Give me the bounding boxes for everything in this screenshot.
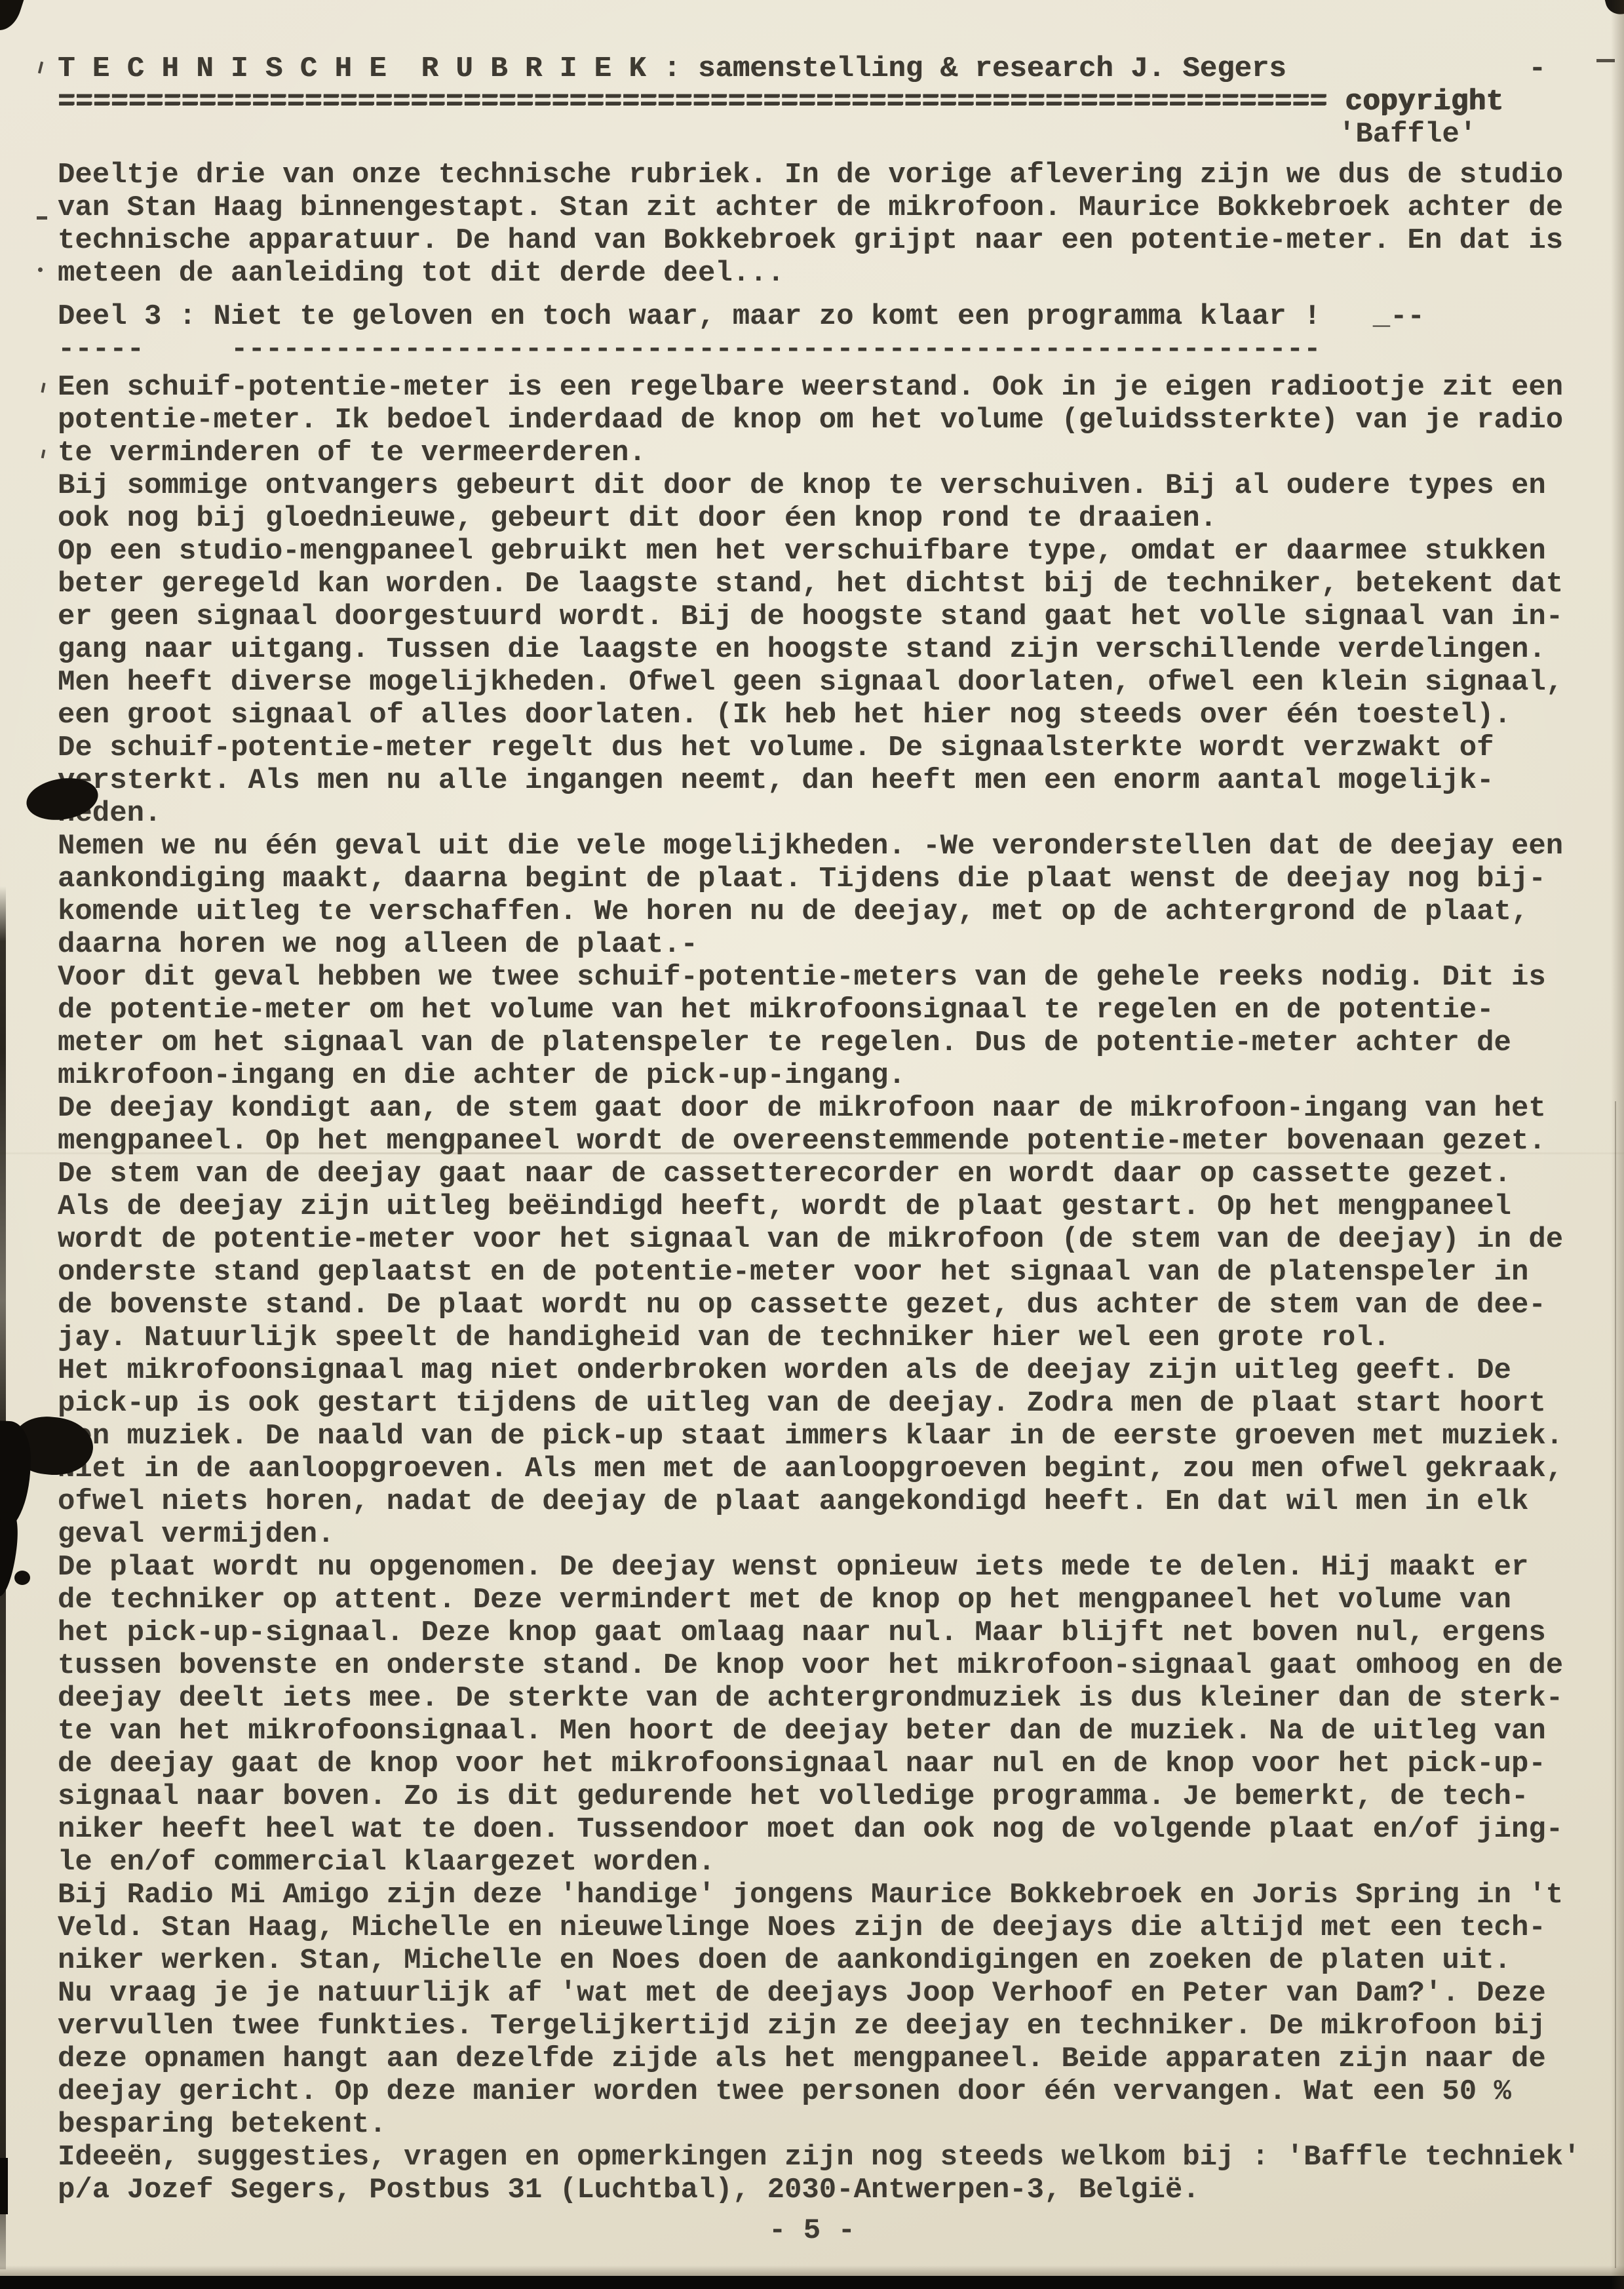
section-heading-underline: ----- ----------------------------------… — [58, 333, 1425, 366]
intro-paragraph: Deeltje drie van onze technische rubriek… — [58, 159, 1563, 290]
scan-edge-blob — [0, 1420, 32, 1533]
text-line: niker heeft heel wat te doen. Tussendoor… — [58, 1813, 1581, 1846]
text-line: de bovenste stand. De plaat wordt nu op … — [58, 1289, 1581, 1321]
section-heading: Deel 3 : Niet te geloven en toch waar, m… — [58, 300, 1425, 366]
text-line: heden. — [58, 797, 1581, 830]
text-line: mengpaneel. Op het mengpaneel wordt de o… — [58, 1125, 1581, 1158]
text-line: vervullen twee funkties. Tergelijkertijd… — [58, 2010, 1581, 2043]
text-line: de deejay gaat de knop voor het mikrofoo… — [58, 1748, 1581, 1780]
text-line: le en/of commercial klaargezet worden. — [58, 1846, 1581, 1879]
text-line: beter geregeld kan worden. De laagste st… — [58, 568, 1581, 600]
text-line: pick-up is ook gestart tijdens de uitleg… — [58, 1387, 1581, 1420]
column-title: T E C H N I S C H E R U B R I E K : same… — [58, 52, 1546, 85]
text-line: ofwel niets horen, nadat de deejay de pl… — [58, 1485, 1581, 1518]
text-line: mikrofoon-ingang en die achter de pick-u… — [58, 1059, 1581, 1092]
text-line: Een schuif-potentie-meter is een regelba… — [58, 371, 1581, 404]
text-line: deze opnamen hangt aan dezelfde zijde al… — [58, 2043, 1581, 2075]
text-line: De stem van de deejay gaat naar de casse… — [58, 1158, 1581, 1190]
text-line: deejay deelt iets mee. De sterkte van de… — [58, 1682, 1581, 1715]
text-line: De schuif-potentie-meter regelt dus het … — [58, 732, 1581, 764]
text-line: Bij sommige ontvangers gebeurt dit door … — [58, 469, 1581, 502]
text-line: De deejay kondigt aan, de stem gaat door… — [58, 1092, 1581, 1125]
text-line: onderste stand geplaatst en de potentie-… — [58, 1256, 1581, 1289]
text-line: daarna horen we nog alleen de plaat.- — [58, 928, 1581, 961]
article-body: Een schuif-potentie-meter is een regelba… — [58, 371, 1581, 2206]
scan-bottom-shadow — [0, 2265, 1624, 2276]
text-line: wordt de potentie-meter voor het signaal… — [58, 1223, 1581, 1256]
text-line: Veld. Stan Haag, Michelle en nieuwelinge… — [58, 1911, 1581, 1944]
text-line: te verminderen of te vermeerderen. — [58, 437, 1581, 469]
text-line: jay. Natuurlijk speelt de handigheid van… — [58, 1321, 1581, 1354]
scanned-document-page: T E C H N I S C H E R U B R I E K : same… — [0, 0, 1624, 2289]
text-line: Nu vraag je je natuurlijk af 'wat met de… — [58, 1977, 1581, 2010]
scan-edge-blob — [0, 1512, 21, 1598]
text-line: meter om het signaal van de platenspeler… — [58, 1027, 1581, 1059]
text-line: geval vermijden. — [58, 1518, 1581, 1551]
text-line: p/a Jozef Segers, Postbus 31 (Luchtbal),… — [58, 2174, 1581, 2206]
text-line: Men heeft diverse mogelijkheden. Ofwel g… — [58, 666, 1581, 699]
text-line: Ideeën, suggesties, vragen en opmerkinge… — [58, 2141, 1581, 2174]
copyright-holder: 'Baffle' — [58, 118, 1546, 151]
text-line: besparing betekent. — [58, 2108, 1581, 2141]
text-line: Als de deejay zijn uitleg beëindigd heef… — [58, 1190, 1581, 1223]
scan-corner-mark — [0, 0, 26, 35]
text-line: signaal naar boven. Zo is dit gedurende … — [58, 1780, 1581, 1813]
text-line: Het mikrofoonsignaal mag niet onderbroke… — [58, 1354, 1581, 1387]
margin-speck — [1596, 59, 1615, 62]
text-line: Bij Radio Mi Amigo zijn deze 'handige' j… — [58, 1879, 1581, 1911]
text-line: de potentie-meter om het volume van het … — [58, 994, 1581, 1027]
text-line: Deeltje drie van onze technische rubriek… — [58, 159, 1563, 191]
text-line: Op een studio-mengpaneel gebruikt men he… — [58, 535, 1581, 568]
text-line: tussen bovenste en onderste stand. De kn… — [58, 1649, 1581, 1682]
header: T E C H N I S C H E R U B R I E K : same… — [58, 52, 1546, 151]
divider-rule: ========================================… — [58, 85, 1546, 118]
text-line: het pick-up-signaal. Deze knop gaat omla… — [58, 1616, 1581, 1649]
margin-speck — [38, 267, 43, 272]
text-line: een groot signaal of alles doorlaten. (I… — [58, 699, 1581, 732]
scan-bottom-band — [0, 2276, 1624, 2289]
text-line: versterkt. Als men nu alle ingangen neem… — [58, 764, 1581, 797]
scan-edge-shadow — [1611, 0, 1624, 2289]
text-line: potentie-meter. Ik bedoel inderdaad de k… — [58, 404, 1581, 437]
text-line: men muziek. De naald van de pick-up staa… — [58, 1420, 1581, 1453]
margin-speck — [37, 216, 47, 220]
section-heading-text: Deel 3 : Niet te geloven en toch waar, m… — [58, 300, 1425, 333]
margin-speck — [41, 450, 46, 459]
scan-edge-line — [1615, 1101, 1616, 2268]
text-line: komende uitleg te verschaffen. We horen … — [58, 895, 1581, 928]
text-line: meteen de aanleiding tot dit derde deel.… — [58, 257, 1563, 290]
text-line: gang naar uitgang. Tussen die laagste en… — [58, 633, 1581, 666]
scan-edge-shadow — [0, 2158, 8, 2214]
text-line: de techniker op attent. Deze vermindert … — [58, 1584, 1581, 1616]
text-line: aankondiging maakt, daarna begint de pla… — [58, 863, 1581, 895]
ink-blot — [14, 1571, 30, 1585]
text-line: niker werken. Stan, Michelle en Noes doe… — [58, 1944, 1581, 1977]
text-line: Voor dit geval hebben we twee schuif-pot… — [58, 961, 1581, 994]
scan-corner-mark — [1603, 0, 1624, 18]
text-line: van Stan Haag binnengestapt. Stan zit ac… — [58, 191, 1563, 224]
margin-speck — [38, 62, 43, 73]
margin-speck — [41, 383, 45, 393]
text-line: Nemen we nu één geval uit die vele mogel… — [58, 830, 1581, 863]
text-line: er geen signaal doorgestuurd wordt. Bij … — [58, 600, 1581, 633]
text-line: De plaat wordt nu opgenomen. De deejay w… — [58, 1551, 1581, 1584]
text-line: Niet in de aanloopgroeven. Als men met d… — [58, 1453, 1581, 1485]
page-number: - 5 - — [0, 2214, 1624, 2247]
scan-edge-shadow — [0, 886, 6, 2269]
text-line: deejay gericht. Op deze manier worden tw… — [58, 2075, 1581, 2108]
text-line: te van het mikrofoonsignaal. Men hoort d… — [58, 1715, 1581, 1748]
text-line: technische apparatuur. De hand van Bokke… — [58, 224, 1563, 257]
text-line: ook nog bij gloednieuwe, gebeurt dit doo… — [58, 502, 1581, 535]
